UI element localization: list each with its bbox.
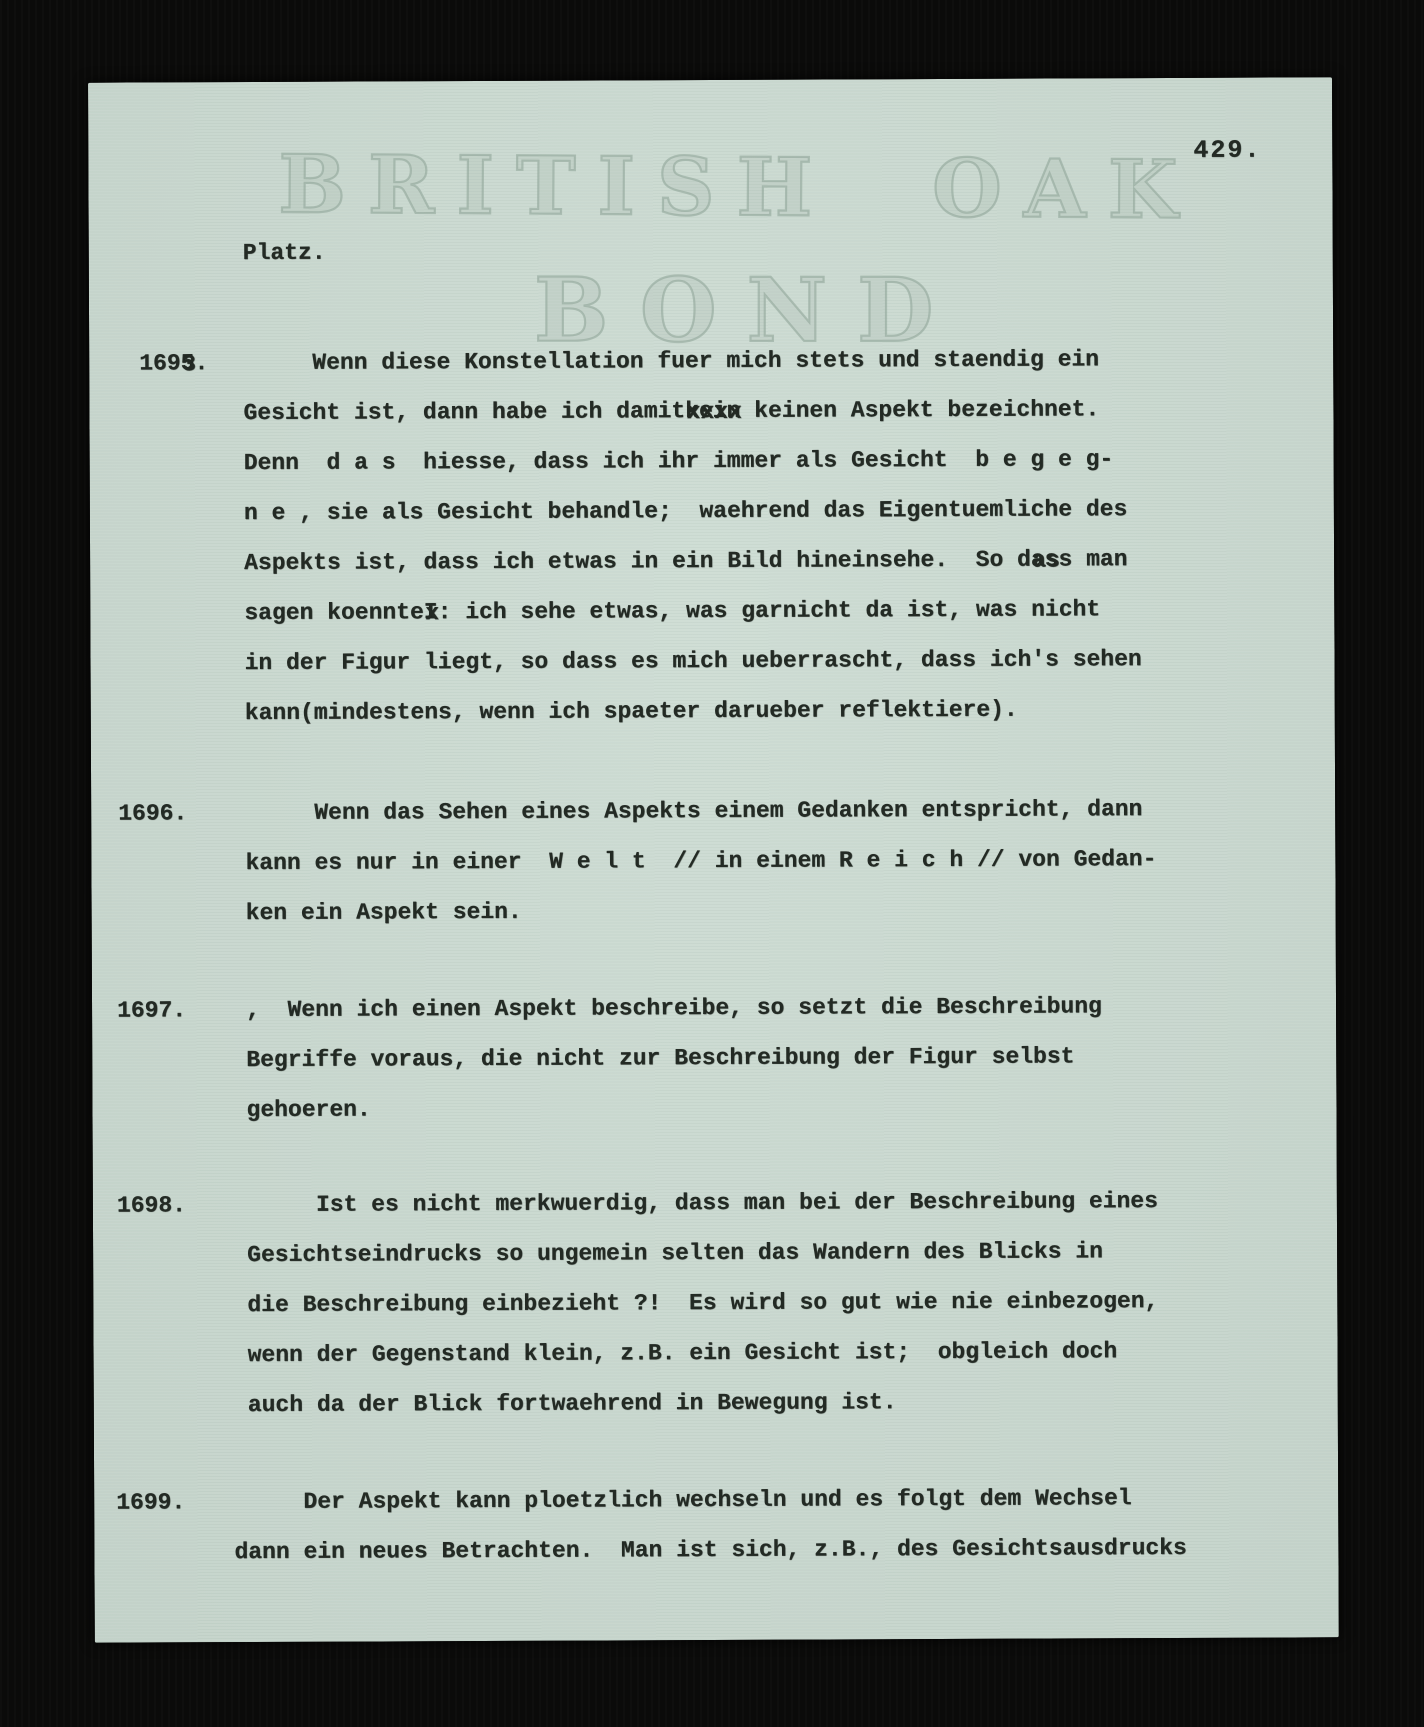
typed-line: sagen koennteI: ich sehe etwas, was garn… xyxy=(244,584,1141,638)
typed-paragraph: 1696. Wenn das Sehen eines Aspekts einem… xyxy=(118,784,1157,939)
paragraph-lines: Wenn das Sehen eines Aspekts einem Gedan… xyxy=(245,784,1157,938)
typed-text: keinen Aspekt bezeichnet. xyxy=(740,396,1099,424)
typed-text: in der Figur liegt, so dass es mich uebe… xyxy=(244,646,1141,676)
paragraph-lines: Ist es nicht merkwuerdig, dass man bei d… xyxy=(247,1176,1159,1430)
typed-text: Denn d a s hiesse, dass ich ihr immer al… xyxy=(244,446,1114,476)
typed-text: wenn der Gegenstand klein, z.B. ein Gesi… xyxy=(248,1338,1118,1368)
paragraph-lines: , Wenn ich einen Aspekt beschreibe, so s… xyxy=(246,981,1102,1135)
typed-text: , Wenn ich einen Aspekt beschreibe, so s… xyxy=(246,993,1102,1023)
typed-text: n e , sie als Gesicht behandle; waehrend… xyxy=(244,496,1127,526)
typed-text: Gesicht ist, dann habe ich damit xyxy=(243,398,685,426)
typed-text: Wenn das Sehen eines Aspekts einem Gedan… xyxy=(245,796,1142,826)
typed-text: sagen koennte xyxy=(244,599,424,626)
typed-text: Begriffe voraus, die nicht zur Beschreib… xyxy=(246,1043,1074,1073)
typed-line: wenn der Gegenstand klein, z.B. ein Gesi… xyxy=(247,1326,1158,1380)
typed-text: 1697. xyxy=(117,997,186,1023)
typed-text: 169 xyxy=(139,350,181,376)
typed-text: : ich sehe etwas, was garnicht da ist, w… xyxy=(438,596,1101,625)
typed-text: kann(mindestens, wenn ich spaeter darueb… xyxy=(245,697,1018,726)
typed-text: dann ein neues Betrachten. Man ist sich,… xyxy=(234,1535,1186,1565)
typed-text: die Beschreibung einbezieht ?! Es wird s… xyxy=(247,1288,1158,1318)
typed-paragraph: 1698. Ist es nicht merkwuerdig, dass man… xyxy=(117,1176,1159,1431)
typed-text: ken ein Aspekt sein. xyxy=(246,899,522,926)
watermark-british-oak: BRITISH OAK xyxy=(278,137,1200,237)
typed-line: gehoeren. xyxy=(246,1081,1102,1135)
typed-line: n e , sie als Gesicht behandle; waehrend… xyxy=(244,484,1141,538)
typed-line: kann(mindestens, wenn ich spaeter darueb… xyxy=(245,684,1142,738)
paragraph-lines: Wenn diese Konstellation fuer mich stets… xyxy=(243,334,1142,738)
typed-line: Wenn diese Konstellation fuer mich stets… xyxy=(243,334,1140,388)
typed-line: Begriffe voraus, die nicht zur Beschreib… xyxy=(246,1031,1102,1085)
typed-line: kann es nur in einer W e l t // in einem… xyxy=(245,834,1156,888)
typed-line: in der Figur liegt, so dass es mich uebe… xyxy=(244,634,1141,688)
typed-text: kann es nur in einer W e l t // in einem… xyxy=(245,846,1156,876)
typed-line: Denn d a s hiesse, dass ich ihr immer al… xyxy=(244,434,1141,488)
typed-paragraph: 1699. Der Aspekt kann ploetzlich wechsel… xyxy=(116,1473,1187,1578)
overstrike-text: I xyxy=(424,587,438,637)
typed-text: auch da der Blick fortwaehrend in Bewegu… xyxy=(248,1389,897,1418)
typed-text: Der Aspekt kann ploetzlich wechseln und … xyxy=(248,1485,1131,1515)
paragraph-lines: Der Aspekt kann ploetzlich wechseln und … xyxy=(248,1473,1187,1577)
paragraph-number: 1699. xyxy=(116,1477,185,1527)
typed-text: 1699. xyxy=(116,1489,185,1515)
paragraph-number: 1697. xyxy=(117,985,186,1035)
typed-line: Ist es nicht merkwuerdig, dass man bei d… xyxy=(247,1176,1158,1230)
typed-text: 1696. xyxy=(118,800,187,826)
typed-line: Gesichtseindrucks so ungemein selten das… xyxy=(247,1226,1158,1280)
paragraph-number: 1695. xyxy=(139,338,208,388)
typed-text: Gesichtseindrucks so ungemein selten das… xyxy=(247,1238,1103,1268)
typed-line: Aspekts ist, dass ich etwas in ein Bild … xyxy=(244,534,1141,588)
overstrike-text: as xyxy=(1031,534,1059,584)
overstrike-text: 5 xyxy=(181,338,195,388)
typed-line: Der Aspekt kann ploetzlich wechseln und … xyxy=(248,1473,1187,1527)
typed-text: Aspekts ist, dass ich etwas in ein Bild … xyxy=(244,547,1031,576)
typed-text: . xyxy=(194,350,208,376)
typed-text: 1698. xyxy=(117,1192,186,1218)
typed-text: gehoeren. xyxy=(246,1096,370,1123)
typed-line: , Wenn ich einen Aspekt beschreibe, so s… xyxy=(246,981,1102,1035)
typed-text: Wenn diese Konstellation fuer mich stets… xyxy=(243,346,1099,376)
typed-text: Ist es nicht merkwuerdig, dass man bei d… xyxy=(247,1188,1158,1218)
paragraph-number: 1696. xyxy=(118,788,187,838)
page-number: 429. xyxy=(1193,136,1261,165)
typed-text: s man xyxy=(1058,546,1127,572)
typed-paragraph: 1695. Wenn diese Konstellation fuer mich… xyxy=(139,334,1142,738)
typed-paragraphs: 1695. Wenn diese Konstellation fuer mich… xyxy=(88,77,1332,82)
typed-line: ken ein Aspekt sein. xyxy=(246,884,1157,938)
typed-line: Gesicht ist, dann habe ich damitkein kei… xyxy=(243,384,1140,438)
typed-line: dann ein neues Betrachten. Man ist sich,… xyxy=(234,1523,1187,1577)
document-page: BRITISH OAK BOND 429. Platz. 1695. Wenn … xyxy=(88,77,1339,1642)
typed-line: auch da der Blick fortwaehrend in Bewegu… xyxy=(248,1376,1159,1430)
overstrike-text: kein xyxy=(685,386,740,436)
typed-line: Wenn das Sehen eines Aspekts einem Gedan… xyxy=(245,784,1156,838)
paragraph-number: 1698. xyxy=(117,1180,186,1230)
typed-line: die Beschreibung einbezieht ?! Es wird s… xyxy=(247,1276,1158,1330)
typed-paragraph: 1697., Wenn ich einen Aspekt beschreibe,… xyxy=(117,981,1102,1135)
heading-platz: Platz. xyxy=(243,240,326,266)
